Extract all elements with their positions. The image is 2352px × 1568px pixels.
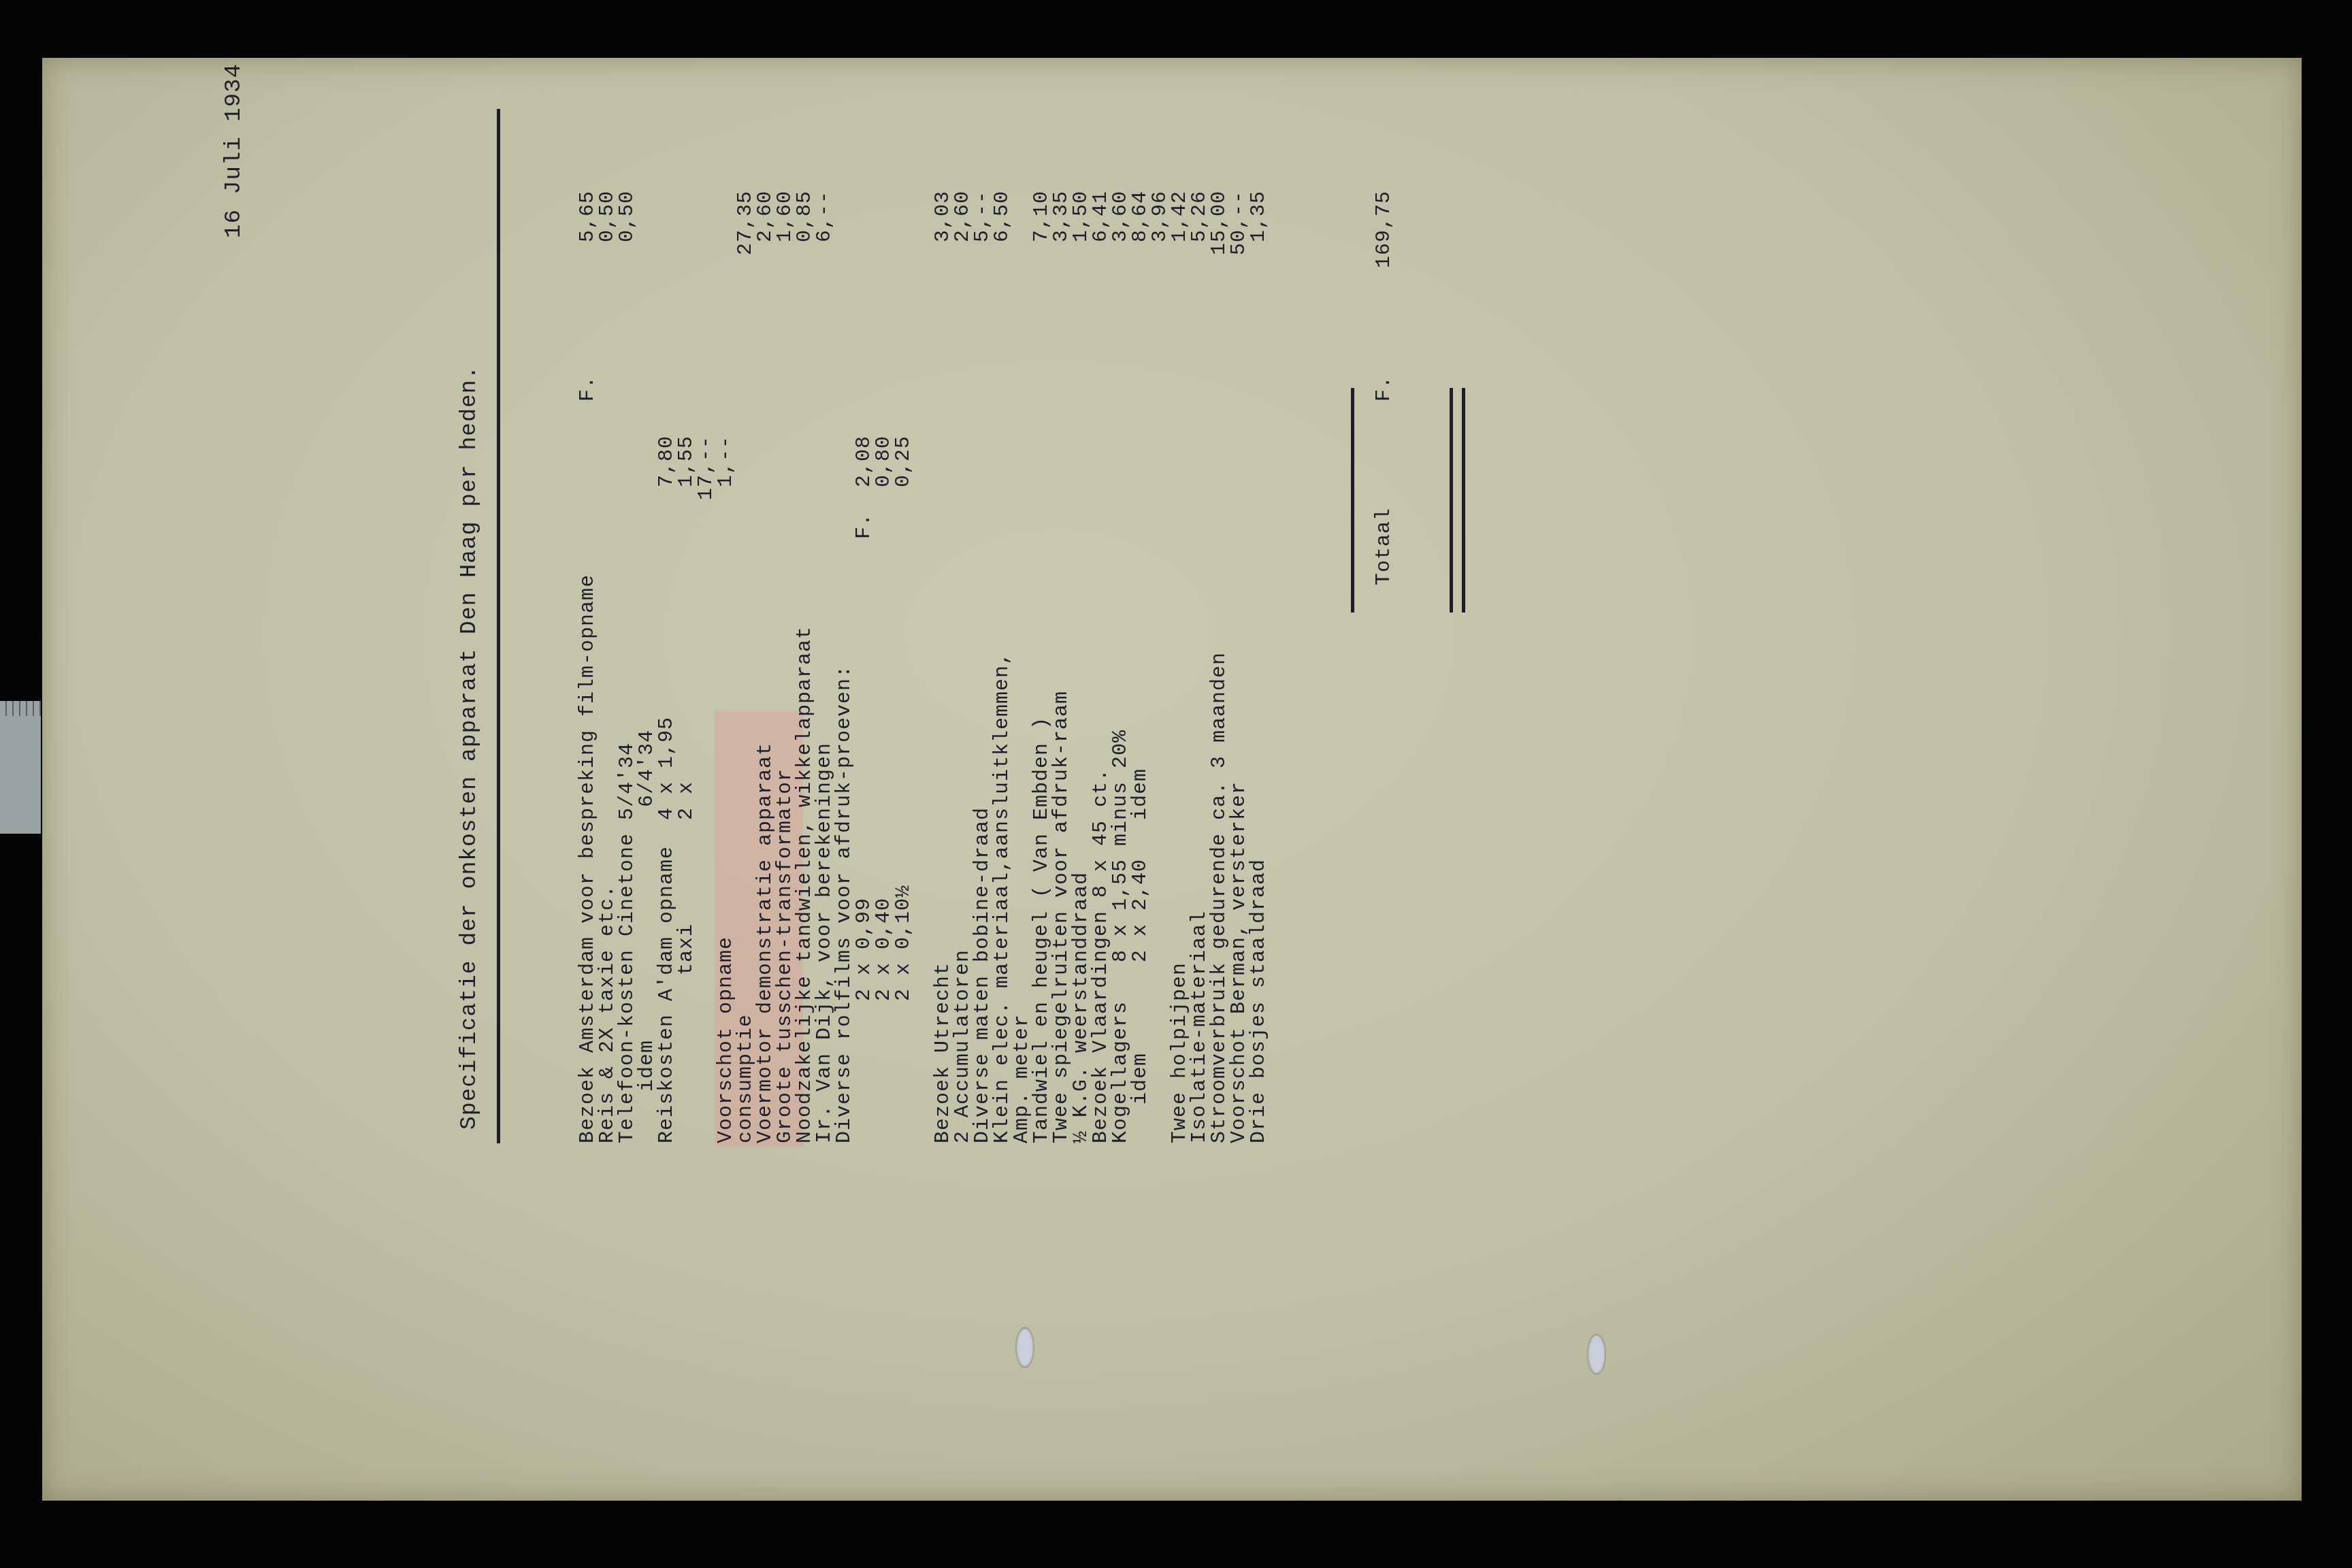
document-title: Specificatie der onkosten apparaat Den H… — [459, 365, 479, 1130]
expense-amount: 15,00 — [1210, 191, 1230, 327]
expense-amount: 3,60 — [1111, 191, 1131, 327]
expense-description: 2 Accumulatoren — [953, 949, 973, 1143]
expense-description: Reis & 2X taxie etc. — [598, 885, 618, 1143]
ruler-ticks — [0, 701, 41, 716]
expense-description: Tandwiel en heugel ( Van Embden ) — [1032, 717, 1052, 1143]
expense-row: idem 2 x 2,40 idem8,64 — [1131, 54, 1151, 1143]
expense-description: Reiskosten A'dam opname 4 x 1,95 — [657, 717, 677, 1143]
expense-amount: 0,50 — [618, 191, 638, 327]
document-date: 16 Juli 1934 — [225, 63, 244, 238]
expense-row: taxi 2 x1,55 — [677, 54, 697, 1143]
expense-list: Bezoek Amsterdam voor bespreking film-op… — [578, 54, 1269, 1143]
expense-amount: 5,-- — [973, 191, 993, 327]
expense-row: Tandwiel en heugel ( Van Embden )7,10 — [1032, 54, 1052, 1143]
expense-description: Klein elec. materiaal,aansluitklemmen, — [993, 652, 1013, 1143]
expense-description: Bezoek Amsterdam voor bespreking film-op… — [578, 574, 598, 1143]
expense-amount: 0,85 — [796, 191, 815, 327]
sub-calculation: 0,25 — [894, 436, 914, 612]
expense-description: Twee holpijpen — [1171, 962, 1190, 1143]
expense-description: Stroomverbruik gedurende ca. 3 maanden — [1210, 652, 1230, 1143]
scale-ruler — [0, 701, 41, 834]
expense-row: Bezoek Utrecht3,03 — [934, 54, 953, 1143]
expense-row: consumptie27,35 — [736, 54, 756, 1143]
expense-description: idem 2 x 2,40 idem — [1131, 768, 1151, 1143]
expense-row: Bezoek Vlaardingen 8 x 45 ct.6,41 — [1092, 54, 1111, 1143]
sub-calculation: 1,-- — [717, 436, 736, 612]
expense-amount: 2,60 — [756, 191, 776, 327]
total-row: Totaal F. 169,75 — [1375, 54, 1395, 1143]
expense-amount: 2,60 — [953, 191, 973, 327]
expense-row: Twee holpijpen1,42 — [1171, 54, 1190, 1143]
typed-sheet: 16 Juli 1934 Specificatie der onkosten a… — [225, 54, 1756, 1347]
expense-row: 17,-- — [697, 54, 717, 1143]
expense-description: Telefoon-kosten Cinetone 5/4'34 — [618, 742, 638, 1143]
expense-row: 2 x 0,400,80 — [875, 54, 894, 1143]
double-rule-1 — [1450, 388, 1453, 612]
total-amount: 169,75 — [1375, 191, 1394, 327]
expense-description: Isolatie-materiaal — [1190, 911, 1210, 1143]
expense-description: Bezoek Utrecht — [934, 962, 953, 1143]
sub-calculation: F. 2,08 — [855, 436, 875, 612]
expense-description: idem 6/4'34 — [638, 730, 657, 1143]
sub-calculation: 7,80 — [657, 436, 677, 612]
expense-description: Ir. Van Dijk, voor berekeningen — [815, 742, 835, 1143]
expense-row: Stroomverbruik gedurende ca. 3 maanden15… — [1210, 54, 1230, 1143]
sub-calculation: 1,55 — [677, 436, 697, 612]
expense-amount: 1,42 — [1171, 191, 1190, 327]
expense-amount: 6,-- — [815, 191, 835, 327]
expense-row: Isolatie-materiaal5,26 — [1190, 54, 1210, 1143]
expense-description: Twee spiegelruiten voor afdruk-raam — [1052, 691, 1072, 1143]
expense-row: 2 Accumulatoren2,60 — [953, 54, 973, 1143]
expense-row: Reis & 2X taxie etc.0,50 — [598, 54, 618, 1143]
expense-row: Bezoek Amsterdam voor bespreking film-op… — [578, 54, 598, 1143]
currency: F. — [578, 376, 598, 402]
expense-row: Voermotor demonstratie apparaat2,60 — [756, 54, 776, 1143]
expense-row: Telefoon-kosten Cinetone 5/4'340,50 — [618, 54, 638, 1143]
expense-amount: 3,03 — [934, 191, 953, 327]
expense-row: Groote tusschen-transformator1,60 — [776, 54, 796, 1143]
total-currency: F. — [1375, 376, 1394, 402]
total-label: Totaal — [1375, 508, 1394, 585]
expense-description: Drie bosjes staaldraad — [1249, 859, 1269, 1143]
expense-description: 2 x 0,10½ — [894, 885, 914, 1143]
expense-description: Voermotor demonstratie apparaat — [756, 742, 776, 1143]
expense-amount: 7,10 — [1032, 191, 1052, 327]
expense-amount: 1,35 — [1249, 191, 1269, 327]
expense-row: ½ K.G. weerstanddraad1,50 — [1072, 54, 1092, 1143]
expense-row: Diverse rolfilms voor afdruk-proeven: — [835, 54, 855, 1143]
expense-description: taxi 2 x — [677, 781, 697, 1143]
expense-amount: 27,35 — [736, 191, 756, 327]
sub-calculation: 17,-- — [697, 436, 717, 612]
expense-row: Noodzakelijke tandwielen, wikkelapparaat… — [796, 54, 815, 1143]
expense-amount: 5,26 — [1190, 191, 1210, 327]
expense-row: Twee spiegelruiten voor afdruk-raam3,35 — [1052, 54, 1072, 1143]
expense-description: 2 x 0,99 — [855, 898, 875, 1143]
expense-amount: 1,60 — [776, 191, 796, 327]
expense-amount: 0,50 — [598, 191, 618, 327]
sub-calculation: 0,80 — [875, 436, 894, 612]
expense-row: 2 x 0,99F. 2,08 — [855, 54, 875, 1143]
expense-amount: 5,65 — [578, 191, 598, 327]
expense-description: Diverse rolfilms voor afdruk-proeven: — [835, 665, 855, 1143]
expense-amount: 50,-- — [1230, 191, 1249, 327]
expense-amount: 8,64 — [1131, 191, 1151, 327]
sum-rule — [1351, 388, 1354, 612]
expense-amount: 6,41 — [1092, 191, 1111, 327]
expense-description: Voorschot opname — [717, 936, 736, 1143]
expense-description: Bezoek Vlaardingen 8 x 45 ct. — [1092, 768, 1111, 1143]
expense-row: 2 x 0,10½0,25 — [894, 54, 914, 1143]
expense-description: ½ K.G. weerstanddraad — [1072, 872, 1092, 1143]
expense-amount: 6,50 — [993, 191, 1013, 327]
double-rule-2 — [1462, 388, 1465, 612]
expense-description: Noodzakelijke tandwielen, wikkelapparaat — [796, 626, 815, 1143]
expense-row: Reiskosten A'dam opname 4 x 1,957,80 — [657, 54, 677, 1143]
expense-description: 2 x 0,40 — [875, 898, 894, 1143]
expense-row — [914, 54, 934, 1143]
expense-description: Voorschot Berman, versterker — [1230, 781, 1249, 1143]
expense-description: Amp. meter — [1013, 1014, 1032, 1143]
title-rule — [497, 109, 500, 1143]
expense-row: Voorschot Berman, versterker50,-- — [1230, 54, 1249, 1143]
expense-amount: 1,50 — [1072, 191, 1092, 327]
expense-row: Ir. Van Dijk, voor berekeningen6,-- — [815, 54, 835, 1143]
expense-description: consumptie — [736, 1014, 756, 1143]
expense-row: Kogellagers 8 x 1,55 minus 20%3,60 — [1111, 54, 1131, 1143]
expense-row: idem 6/4'34 — [638, 54, 657, 1143]
expense-description: Groote tusschen-transformator — [776, 768, 796, 1143]
expense-row: Diverse maten bobine-draad5,-- — [973, 54, 993, 1143]
expense-amount: 3,96 — [1151, 191, 1171, 327]
expense-row: Amp. meter — [1013, 54, 1032, 1143]
expense-row: Voorschot opname1,-- — [717, 54, 736, 1143]
expense-row: 3,96 — [1151, 54, 1171, 1143]
expense-row: Drie bosjes staaldraad1,35 — [1249, 54, 1269, 1143]
expense-description: Kogellagers 8 x 1,55 minus 20% — [1111, 730, 1131, 1143]
expense-description: Diverse maten bobine-draad — [973, 807, 993, 1143]
expense-row: Klein elec. materiaal,aansluitklemmen,6,… — [993, 54, 1013, 1143]
expense-amount: 3,35 — [1052, 191, 1072, 327]
